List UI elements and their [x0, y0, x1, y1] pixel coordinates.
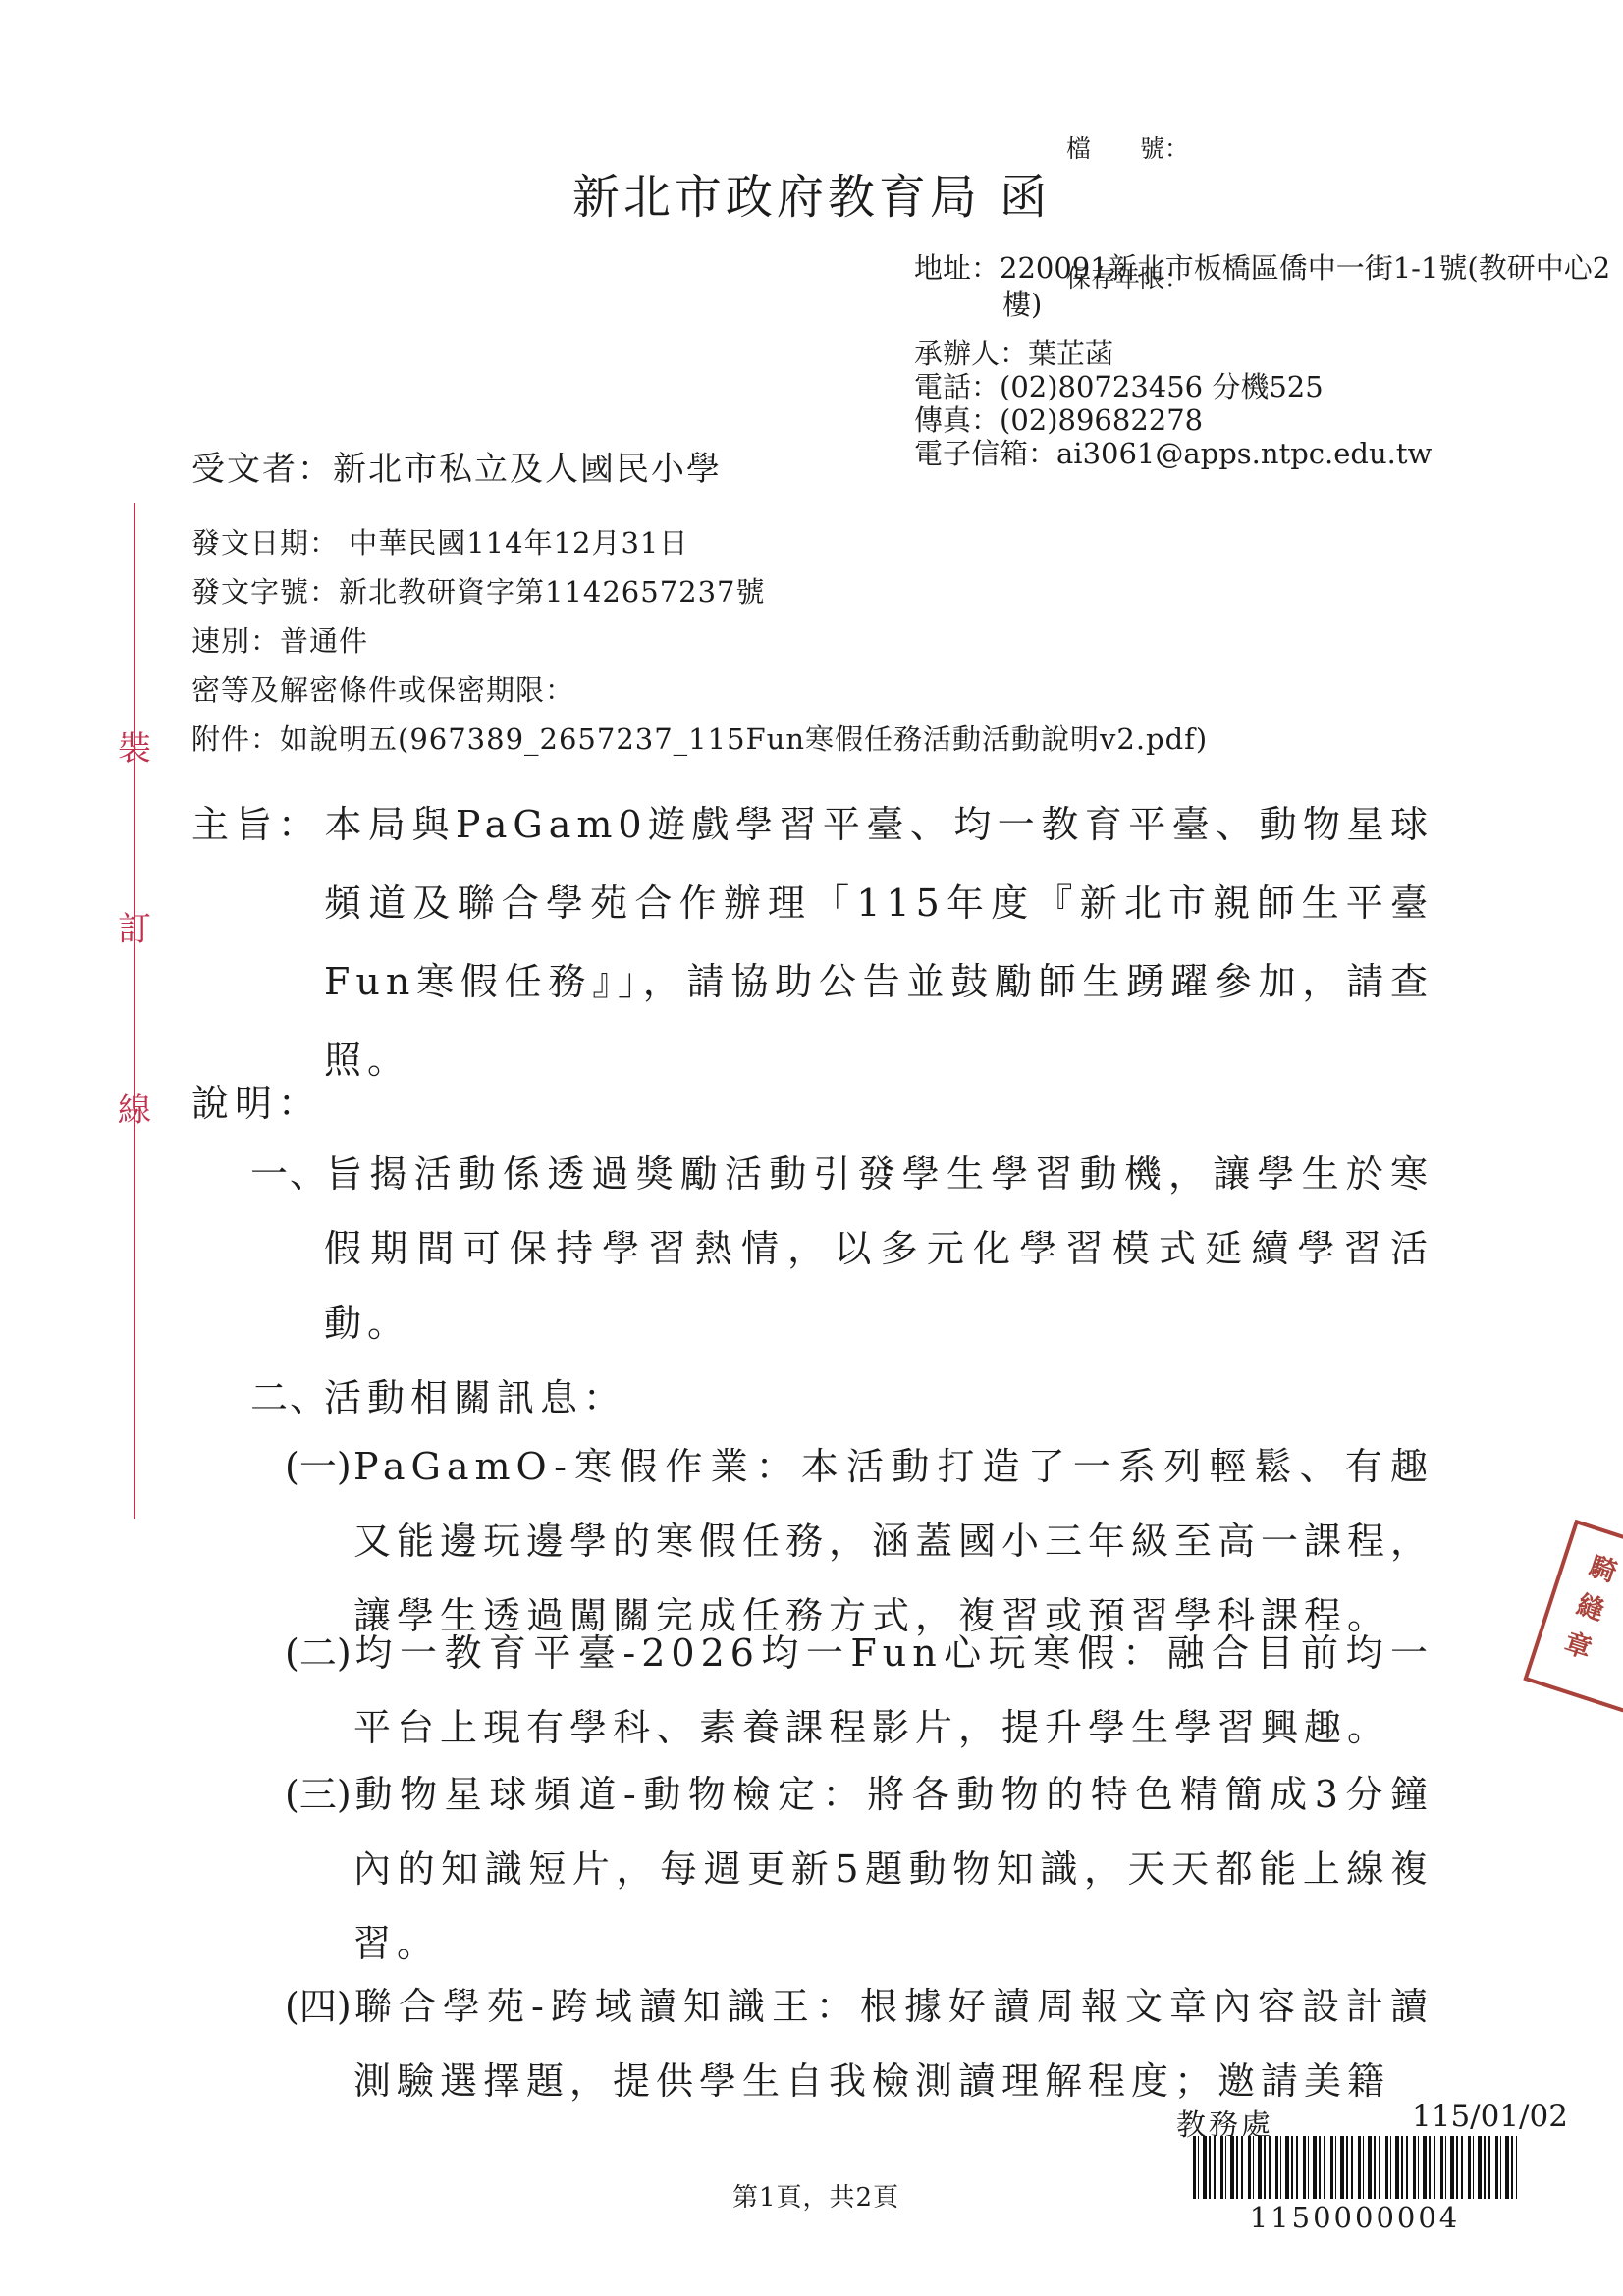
subitem-3-text: 動物星球頻道-動物檢定：將各動物的特色精簡成3分鐘內的知識短片，每週更新5題動物…	[353, 1773, 1434, 1965]
security-line: 密等及解密條件或保密期限：	[191, 666, 1208, 715]
attachment-line: 附件：如說明五(967389_2657237_115Fun寒假任務活動活動說明v…	[191, 715, 1208, 764]
item-1-text: 旨揭活動係透過獎勵活動引發學生學習動機，讓學生於寒假期間可保持學習熱情，以多元化…	[324, 1152, 1434, 1345]
issue-date-line: 發文日期： 中華民國114年12月31日	[191, 518, 1208, 567]
sender-contact-person: 承辦人：葉芷菡	[914, 337, 1623, 370]
subject-label: 主旨：	[191, 785, 324, 864]
subitem-3: (三)動物星球頻道-動物檢定：將各動物的特色精簡成3分鐘內的知識短片，每週更新5…	[191, 1757, 1434, 1981]
subitem-1-text: PaGamO-寒假作業：本活動打造了一系列輕鬆、有趣又能邊玩邊學的寒假任務，涵蓋…	[353, 1445, 1434, 1637]
barcode-number: 1150000004	[1193, 2201, 1517, 2234]
binding-line	[134, 503, 135, 1519]
sender-address: 地址：220091新北市板橋區僑中一街1-1號(教研中心2樓)	[914, 250, 1623, 323]
sender-fax: 傳真：(02)89682278	[914, 403, 1623, 437]
subject-text: 本局與PaGam0遊戲學習平臺、均一教育平臺、動物星球頻道及聯合學苑合作辦理「1…	[324, 803, 1434, 1082]
explanation-item-2: 二、活動相關訊息：	[191, 1361, 1434, 1435]
meta-block: 發文日期： 中華民國114年12月31日 發文字號：新北教研資字第1142657…	[191, 518, 1208, 764]
sender-info-block: 地址：220091新北市板橋區僑中一街1-1號(教研中心2樓) 承辦人：葉芷菡 …	[914, 250, 1623, 470]
binding-char-xian: 線	[116, 1092, 153, 1129]
subitem-1-marker: (一)	[285, 1429, 353, 1504]
subitem-4-text: 聯合學苑-跨域讀知識王：根據好讀周報文章內容設計讀測驗選擇題，提供學生自我檢測讀…	[353, 1985, 1434, 2103]
issue-number-line: 發文字號：新北教研資字第1142657237號	[191, 567, 1208, 616]
page-seam-stamp: 騎縫章	[1523, 1520, 1623, 1728]
subitem-4: (四)聯合學苑-跨域讀知識王：根據好讀周報文章內容設計讀測驗選擇題，提供學生自我…	[191, 1969, 1434, 2118]
recipient-line: 受文者：新北市私立及人國民小學	[191, 442, 722, 490]
barcode	[1193, 2136, 1517, 2199]
subitem-2-marker: (二)	[285, 1616, 353, 1690]
binding-char-ding: 訂	[116, 911, 153, 948]
subitem-3-marker: (三)	[285, 1757, 353, 1832]
subitem-4-marker: (四)	[285, 1969, 353, 2044]
item-2-marker: 二、	[250, 1361, 324, 1435]
page-seam-stamp-text: 騎縫章	[1549, 1548, 1623, 1675]
official-letter-page: 檔 號： 保存年限： 新北市政府教育局 函 地址：220091新北市板橋區僑中一…	[0, 0, 1623, 2296]
page-number-info: 第1頁，共2頁	[732, 2177, 899, 2214]
explanation-label: 說明：	[191, 1066, 1434, 1141]
document-title: 新北市政府教育局 函	[0, 159, 1623, 227]
item-1-marker: 一、	[250, 1137, 324, 1211]
item-2-text: 活動相關訊息：	[324, 1376, 626, 1419]
received-date: 115/01/02	[1412, 2099, 1568, 2134]
binding-char-zhuang: 裝	[116, 730, 153, 768]
explanation-item-1: 一、旨揭活動係透過獎勵活動引發學生學習動機，讓學生於寒假期間可保持學習熱情，以多…	[191, 1137, 1434, 1361]
priority-line: 速別：普通件	[191, 616, 1208, 666]
subitem-2: (二)均一教育平臺-2026均一Fun心玩寒假：融合目前均一平台上現有學科、素養…	[191, 1616, 1434, 1765]
subject-paragraph: 主旨：本局與PaGam0遊戲學習平臺、均一教育平臺、動物星球頻道及聯合學苑合作辦…	[191, 785, 1434, 1099]
sender-email: 電子信箱：ai3061@apps.ntpc.edu.tw	[914, 437, 1623, 470]
subitem-2-text: 均一教育平臺-2026均一Fun心玩寒假：融合目前均一平台上現有學科、素養課程影…	[353, 1631, 1434, 1749]
sender-phone: 電話：(02)80723456 分機525	[914, 370, 1623, 403]
